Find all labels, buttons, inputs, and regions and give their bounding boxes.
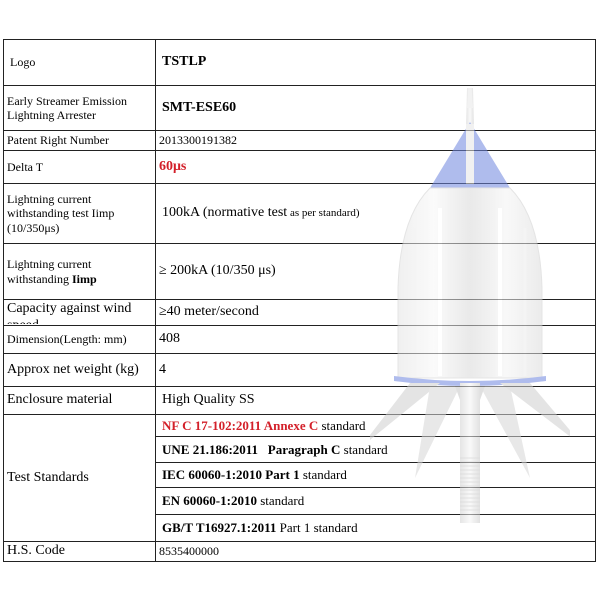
- standard-suffix: standard: [340, 442, 387, 457]
- table-row-patent: Patent Right Number 2013300191382: [4, 131, 596, 151]
- standard-name: NF C 17-102:2011 Annexe C: [162, 418, 318, 433]
- standard-item: IEC 60060-1:2010 Part 1 standard: [156, 463, 596, 488]
- table-row-wind: Capacity against wind speed ≥40 meter/se…: [4, 300, 596, 326]
- table-row-model: Early Streamer Emission Lightning Arrest…: [4, 86, 596, 131]
- table-row-iimp: Lightning current withstanding Iimp ≥ 20…: [4, 244, 596, 300]
- standard-name: GB/T T16927.1:2011: [162, 520, 276, 535]
- row-value: SMT-ESE60: [156, 86, 596, 131]
- value-note: as per standard): [287, 207, 359, 219]
- table-row-test-iimp: Lightning current withstanding test Iimp…: [4, 184, 596, 244]
- standard-suffix: standard: [318, 418, 365, 433]
- value-main: 100kA (normative test: [162, 205, 287, 220]
- row-label: Lightning current withstanding test Iimp…: [4, 184, 156, 244]
- standard-name: UNE 21.186:2011 Paragraph C: [162, 442, 340, 457]
- spec-table: Logo TSTLP Early Streamer Emission Light…: [3, 39, 596, 562]
- table-row-logo: Logo TSTLP: [4, 40, 596, 86]
- table-row-enclosure: Enclosure material High Quality SS: [4, 387, 596, 415]
- row-value: 8535400000: [156, 542, 596, 562]
- standard-suffix: standard: [300, 467, 347, 482]
- standard-item: UNE 21.186:2011 Paragraph C standard: [156, 437, 596, 463]
- standard-item: GB/T T16927.1:2011 Part 1 standard: [156, 515, 596, 542]
- row-value: 100kA (normative test as per standard): [156, 184, 596, 244]
- row-label: Dimension(Length: mm): [4, 326, 156, 354]
- standard-suffix: Part 1 standard: [276, 520, 357, 535]
- standard-name: EN 60060-1:2010: [162, 493, 257, 508]
- row-value: 60μs: [156, 151, 596, 184]
- row-value: 408: [156, 326, 596, 354]
- row-label: Patent Right Number: [4, 131, 156, 151]
- standard-name: IEC 60060-1:2010 Part 1: [162, 467, 300, 482]
- table-row-dimension: Dimension(Length: mm) 408: [4, 326, 596, 354]
- row-label: Early Streamer Emission Lightning Arrest…: [4, 86, 156, 131]
- table-row-delta-t: Delta T 60μs: [4, 151, 596, 184]
- standard-item: EN 60060-1:2010 standard: [156, 488, 596, 515]
- test-standards-label: Test Standards: [4, 415, 156, 542]
- row-value: TSTLP: [156, 40, 596, 86]
- row-label: Capacity against wind speed: [4, 300, 156, 326]
- row-label: Lightning current withstanding Iimp: [4, 244, 156, 300]
- row-label: Enclosure material: [4, 387, 156, 415]
- row-label: H.S. Code: [4, 542, 156, 562]
- table-row-weight: Approx net weight (kg) 4: [4, 354, 596, 387]
- row-value: High Quality SS: [156, 387, 596, 415]
- row-label: Delta T: [4, 151, 156, 184]
- table-row-hs-code: H.S. Code 8535400000: [4, 542, 596, 562]
- row-value: 2013300191382: [156, 131, 596, 151]
- row-value: 4: [156, 354, 596, 387]
- row-label-text: Capacity against wind speed: [7, 301, 131, 324]
- row-label: Logo: [4, 40, 156, 86]
- row-value: ≥ 200kA (10/350 μs): [156, 244, 596, 300]
- row-value: ≥40 meter/second: [156, 300, 596, 326]
- standard-item: NF C 17-102:2011 Annexe C standard: [156, 415, 596, 437]
- standard-suffix: standard: [257, 493, 304, 508]
- label-bold: Iimp: [72, 272, 97, 286]
- table-row-standard: Test Standards NF C 17-102:2011 Annexe C…: [4, 415, 596, 437]
- row-label: Approx net weight (kg): [4, 354, 156, 387]
